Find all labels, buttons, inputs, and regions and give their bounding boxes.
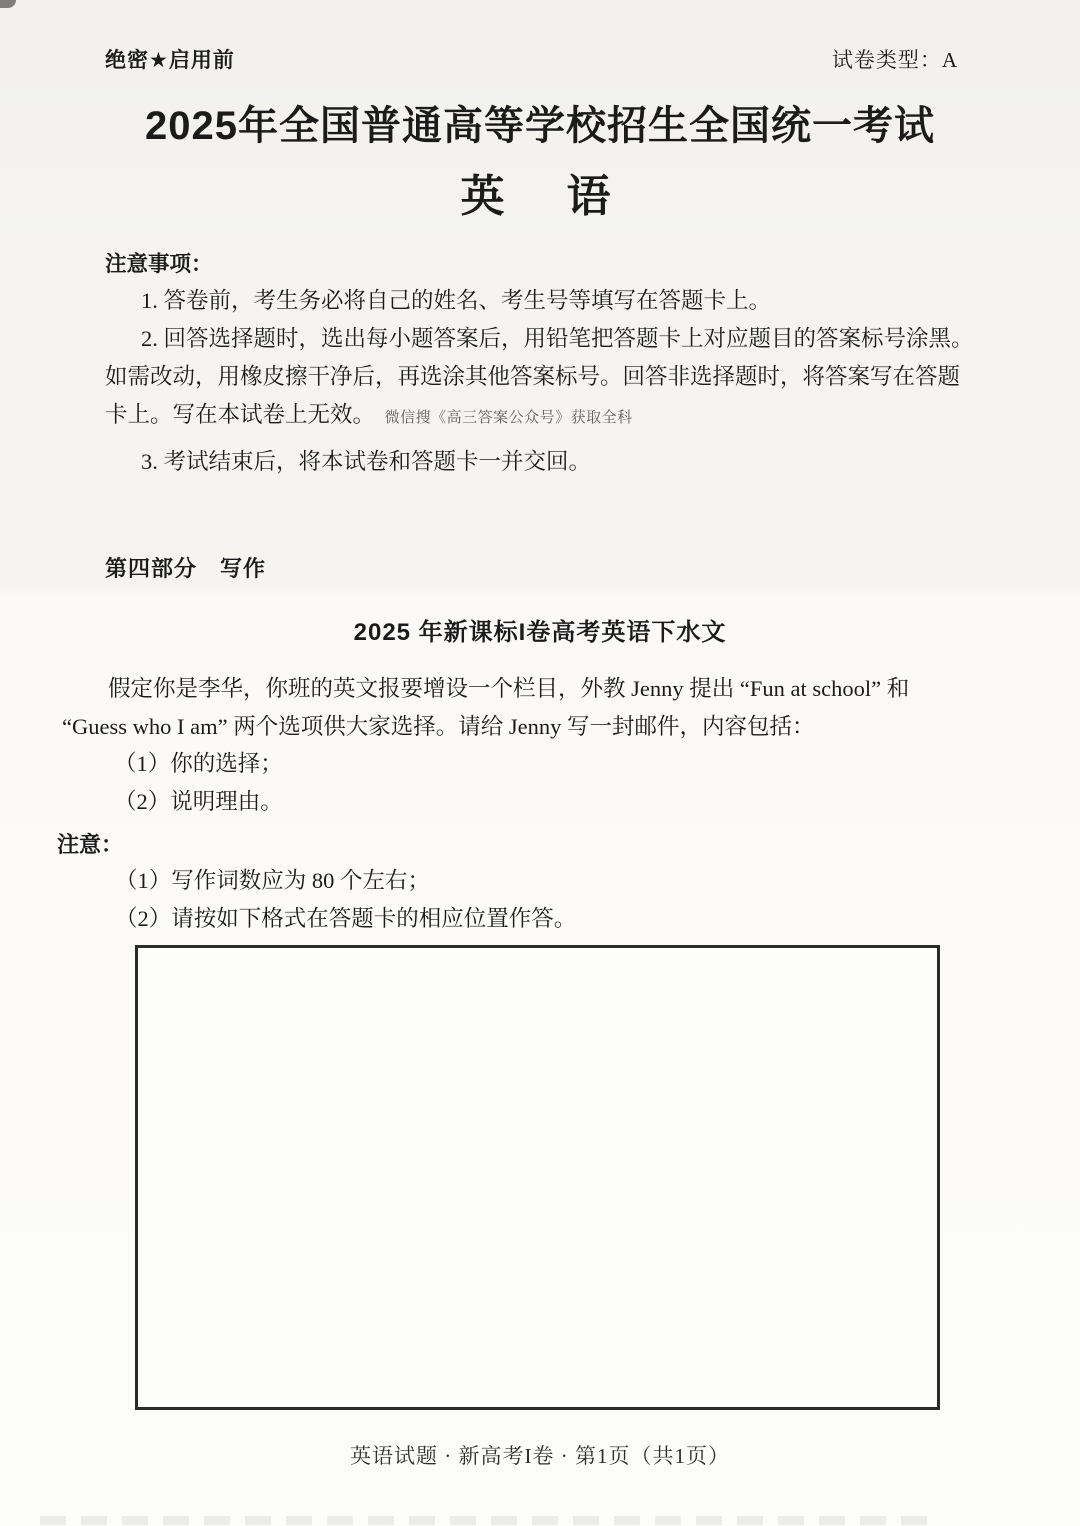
writing-prompt-block: 假定你是李华，你班的英文报要增设一个栏目，外教 Jenny 提出 “Fun at… [62, 670, 1022, 820]
answer-area-box [135, 945, 940, 1410]
prompt-note-heading: 注意： [57, 828, 123, 859]
essay-title: 2025 年新课标I卷高考英语下水文 [0, 612, 1080, 647]
section-heading-writing: 第四部分 写作 [105, 552, 266, 583]
prompt-point-2: （2）说明理由。 [62, 783, 1022, 821]
scan-artifact-bottom-strip [40, 1516, 930, 1525]
page-header: 绝密★启用前 试卷类型：A [105, 44, 958, 74]
paper-type-label: 试卷类型：A [832, 44, 958, 74]
prompt-point-1: （1）你的选择； [62, 745, 1022, 783]
exam-paper-page: 绝密★启用前 试卷类型：A 2025年全国普通高等学校招生全国统一考试 英 语 … [0, 0, 1080, 1526]
notice-item-1: 1. 答卷前，考生务必将自己的姓名、考生号等填写在答题卡上。 [105, 282, 997, 320]
notices-block: 注意事项： 1. 答卷前，考生务必将自己的姓名、考生号等填写在答题卡上。 2. … [105, 246, 997, 481]
scan-artifact-corner-mark [0, 0, 16, 8]
prompt-note-1: （1）写作词数应为 80 个左右； [115, 862, 576, 900]
notice-item-2-line-3-text: 卡上。写在本试卷上无效。 [105, 402, 375, 427]
exam-title: 2025年全国普通高等学校招生全国统一考试 [0, 94, 1080, 151]
subject-title: 英 语 [0, 160, 1080, 224]
prompt-note-2: （2）请按如下格式在答题卡的相应位置作答。 [115, 900, 576, 938]
notice-item-2-line-2: 如需改动，用橡皮擦干净后，再选涂其他答案标号。回答非选择题时，将答案写在答题 [105, 358, 997, 396]
watermark-text: 微信搜《高三答案公众号》获取全科 [385, 410, 633, 426]
notice-item-2-line-1: 2. 回答选择题时，选出每小题答案后，用铅笔把答题卡上对应题目的答案标号涂黑。 [105, 320, 997, 358]
prompt-paragraph-line-1: 假定你是李华，你班的英文报要增设一个栏目，外教 Jenny 提出 “Fun at… [62, 670, 1022, 708]
classification-label: 绝密★启用前 [105, 44, 235, 74]
prompt-note-items: （1）写作词数应为 80 个左右； （2）请按如下格式在答题卡的相应位置作答。 [62, 862, 576, 938]
notices-heading: 注意事项： [105, 246, 997, 282]
notice-item-2-line-3: 卡上。写在本试卷上无效。 微信搜《高三答案公众号》获取全科 [105, 396, 997, 437]
page-footer: 英语试题 · 新高考I卷 · 第1页（共1页） [0, 1440, 1080, 1470]
notice-item-3: 3. 考试结束后，将本试卷和答题卡一并交回。 [105, 443, 997, 481]
prompt-paragraph-line-2: “Guess who I am” 两个选项供大家选择。请给 Jenny 写一封邮… [62, 708, 1022, 746]
